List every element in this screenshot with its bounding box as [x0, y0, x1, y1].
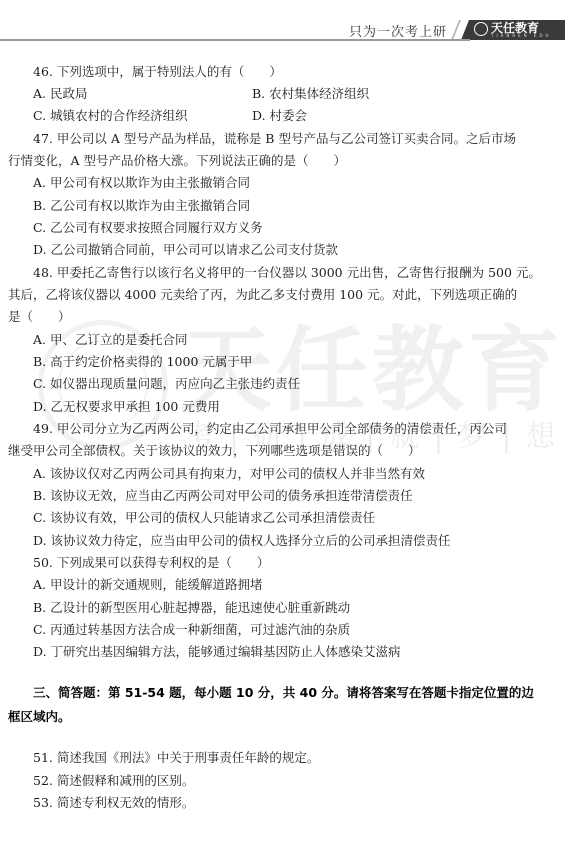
question-49-stem-line-1: 49. 甲公司分立为乙丙两公司，约定由乙公司承担甲公司全部债务的清偿责任，丙公司: [33, 421, 507, 437]
question-48-stem-line-2: 其后，乙将该仪器以 4000 元卖给了丙，为此乙多支付费用 100 元。对此，下…: [8, 287, 517, 303]
question-48-option-c: C. 如仪器出现质量问题，丙应向乙主张违约责任: [33, 376, 300, 392]
question-47-stem-line-2: 行情变化，A 型号产品价格大涨。下列说法正确的是（ ）: [8, 153, 346, 169]
question-46-option-a: A. 民政局: [33, 86, 87, 102]
seal-icon: [474, 22, 488, 36]
question-46-stem: 46. 下列选项中，属于特别法人的有（ ）: [33, 64, 282, 80]
question-46-option-d: D. 村委会: [252, 108, 307, 124]
question-49-option-b: B. 该协议无效，应当由乙丙两公司对甲公司的债务承担连带清偿责任: [33, 488, 413, 504]
question-49-option-d: D. 该协议效力待定，应当由甲公司的债权人选择分立后的公司承担清偿责任: [33, 533, 451, 549]
header-slogan: 只为一次考上研: [349, 21, 447, 40]
question-47-option-d: D. 乙公司撤销合同前，甲公司可以请求乙公司支付货款: [33, 242, 338, 258]
logo-slash-decoration: [451, 20, 461, 40]
question-48-stem-line-1: 48. 甲委托乙寄售行以该行名义将甲的一台仪器以 3000 元出售，乙寄售行报酬…: [33, 265, 541, 281]
question-46-option-c: C. 城镇农村的合作经济组织: [33, 108, 188, 124]
watermark-brand: 天任教育: [180, 325, 564, 417]
question-46-option-b: B. 农村集体经济组织: [252, 86, 369, 102]
question-50-option-c: C. 丙通过转基因方法合成一种新细菌，可过滤汽油的杂质: [33, 622, 350, 638]
question-48-option-b: B. 高于约定价格卖得的 1000 元属于甲: [33, 354, 252, 370]
question-50-option-d: D. 丁研究出基因编辑方法，能够通过编辑基因防止人体感染艾滋病: [33, 644, 401, 660]
question-49-stem-line-2: 继受甲公司全部债权。关于该协议的效力，下列哪些选项是错误的（ ）: [8, 443, 421, 459]
page-header: 只为一次考上研 天任教育 TIANREN EDU: [0, 0, 572, 44]
question-47-option-b: B. 乙公司有权以欺诈为由主张撤销合同: [33, 198, 250, 214]
question-50-stem: 50. 下列成果可以获得专利权的是（ ）: [33, 555, 269, 571]
question-50-option-b: B. 乙设计的新型医用心脏起搏器，能迅速使心脏重新跳动: [33, 600, 350, 616]
question-48-option-d: D. 乙无权要求甲承担 100 元费用: [33, 399, 220, 415]
question-48-option-a: A. 甲、乙订立的是委托合同: [33, 332, 187, 348]
section-3-heading-line-1: 三、简答题：第 51-54 题，每小题 10 分，共 40 分。请将答案写在答题…: [33, 685, 534, 701]
question-49-option-c: C. 该协议有效，甲公司的债权人只能请求乙公司承担清偿责任: [33, 510, 375, 526]
question-47-option-c: C. 乙公司有权要求按照合同履行双方义务: [33, 220, 263, 236]
question-51: 51. 简述我国《刑法》中关于刑事责任年龄的规定。: [33, 750, 319, 766]
question-47-stem-line-1: 47. 甲公司以 A 型号产品为样品，谎称是 B 型号产品与乙公司签订买卖合同。…: [33, 131, 516, 147]
header-divider: [0, 39, 470, 41]
logo-subtext: TIANREN EDU: [491, 33, 551, 38]
section-3-heading-line-2: 框区域内。: [8, 709, 71, 725]
question-52: 52. 简述假释和减刑的区别。: [33, 773, 194, 789]
question-50-option-a: A. 甲设计的新交通规则，能缓解道路拥堵: [33, 577, 262, 593]
question-53: 53. 简述专利权无效的情形。: [33, 795, 194, 811]
question-47-option-a: A. 甲公司有权以欺诈为由主张撤销合同: [33, 175, 250, 191]
question-48-stem-line-3: 是（ ）: [8, 309, 71, 325]
question-49-option-a: A. 该协议仅对乙丙两公司具有拘束力，对甲公司的债权人并非当然有效: [33, 466, 425, 482]
